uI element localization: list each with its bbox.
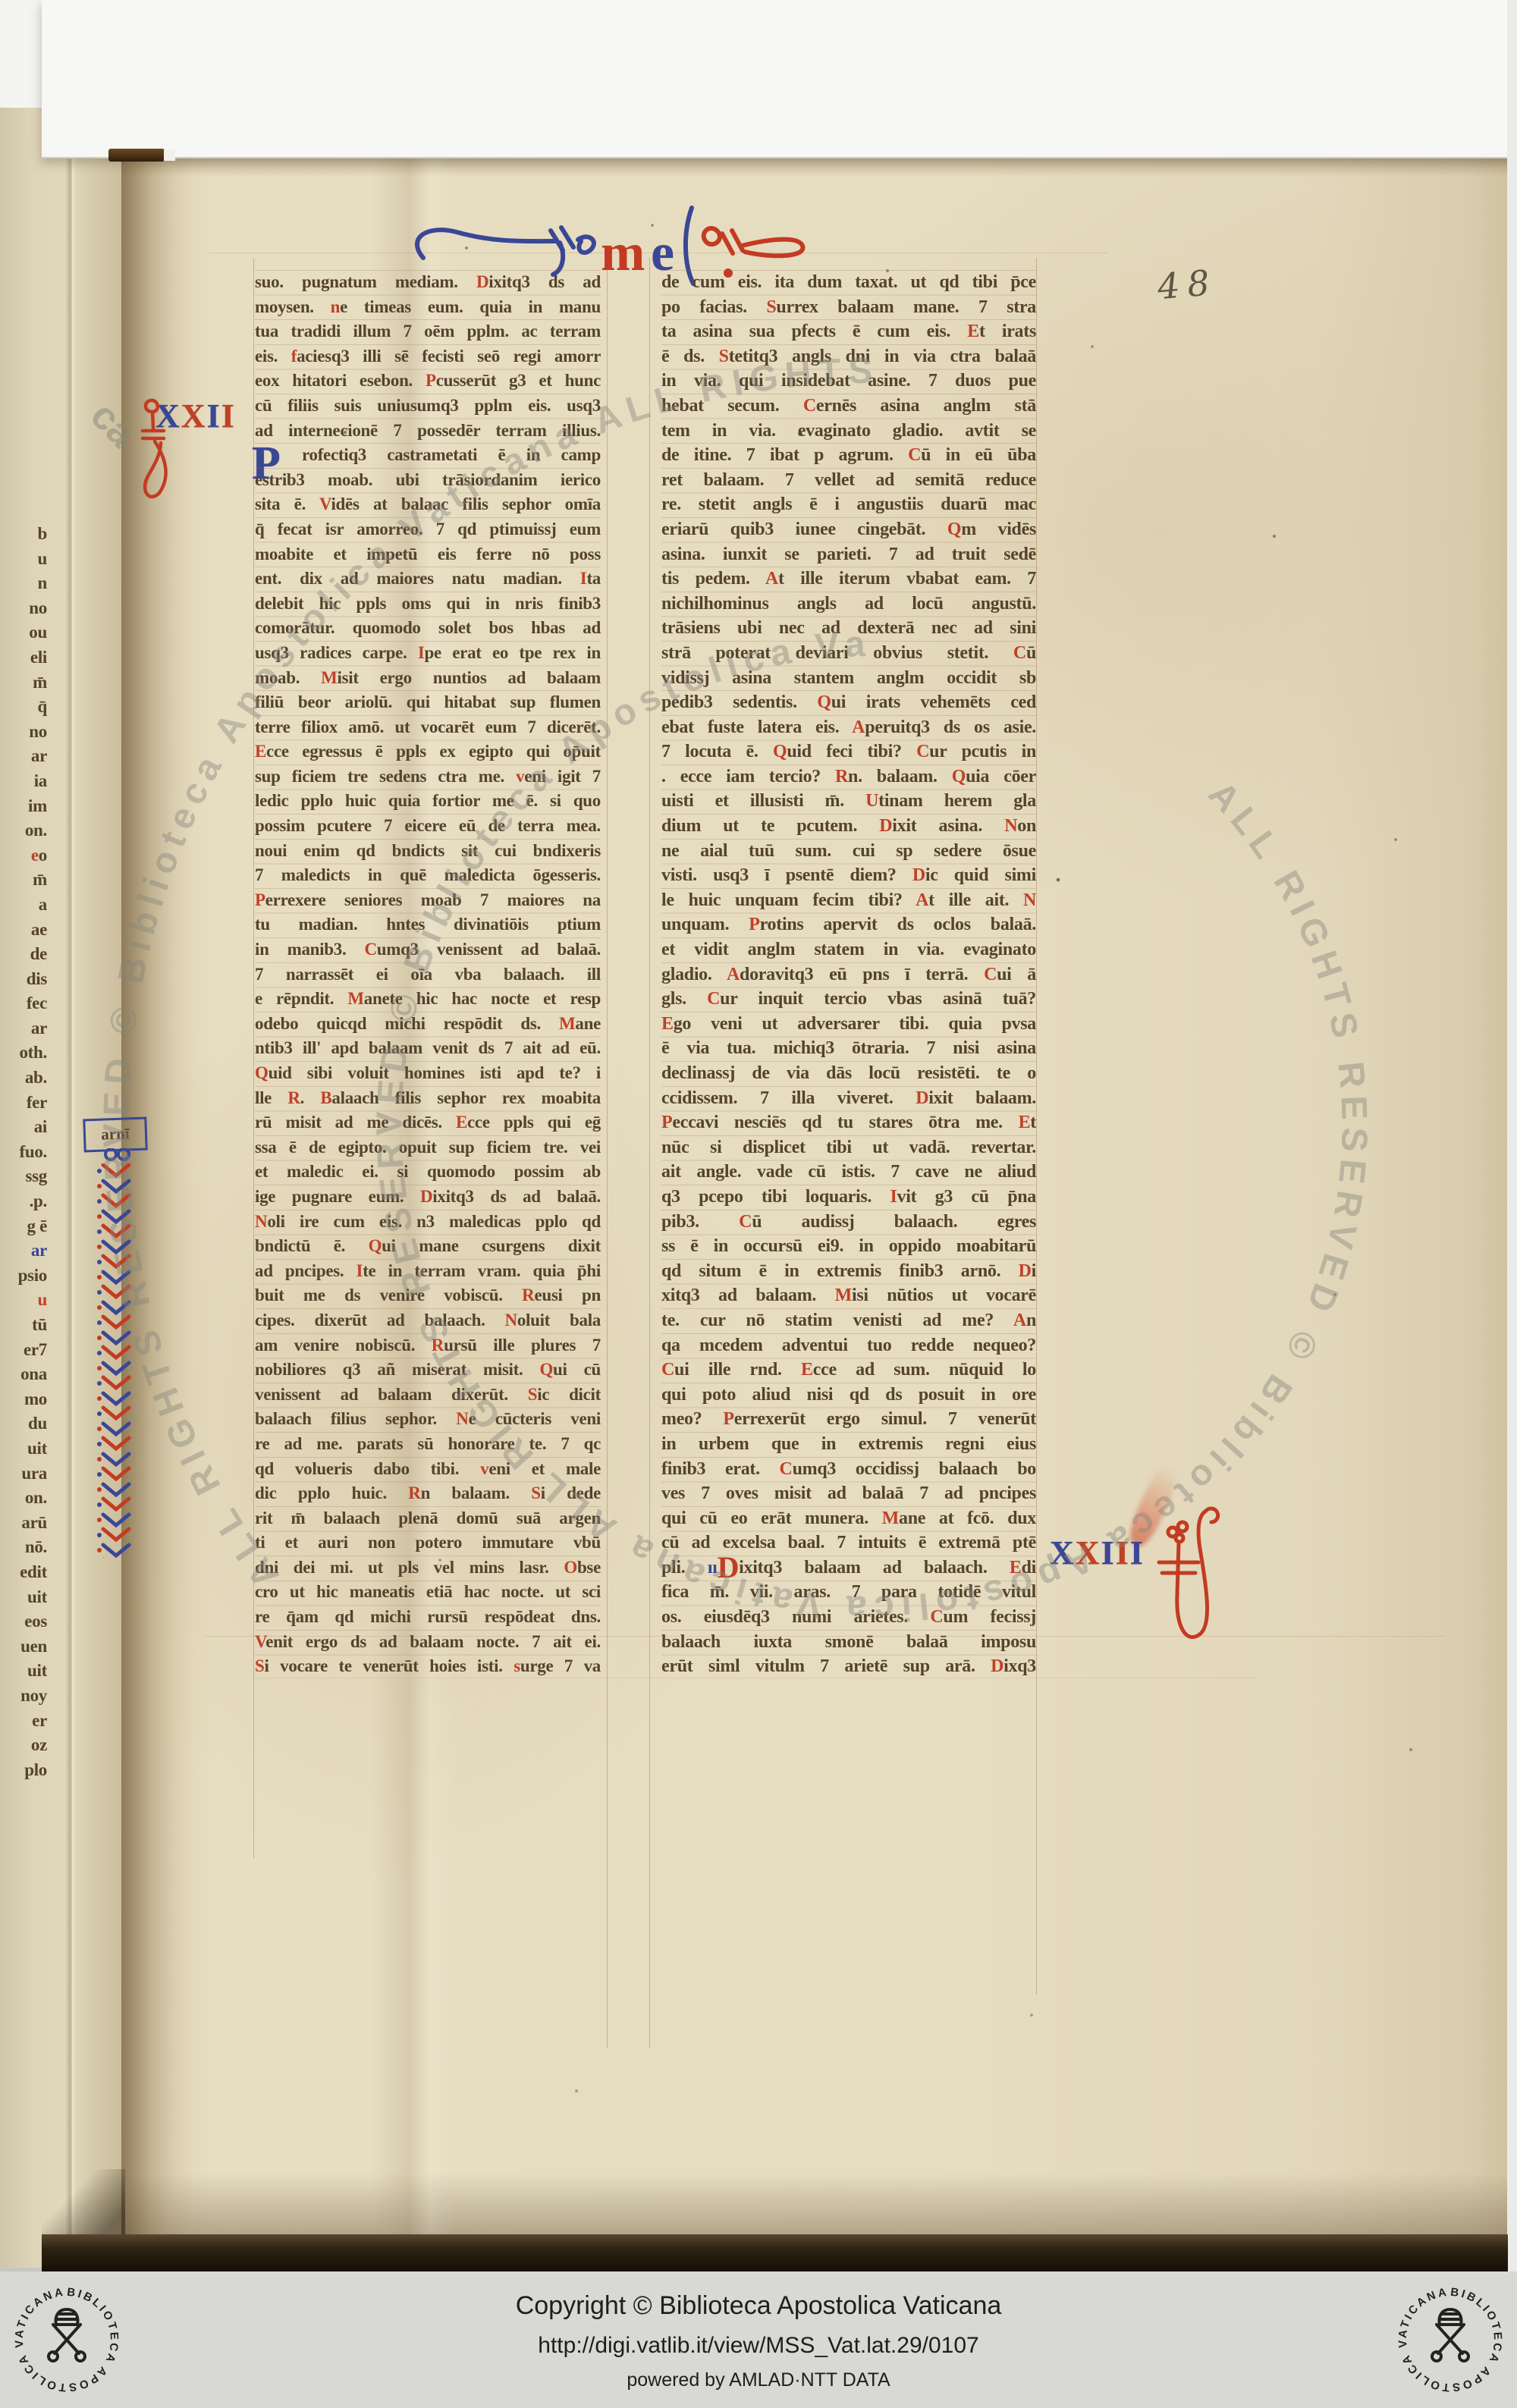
facing-page-fragment: ura: [0, 1461, 47, 1487]
facing-page-fragment: ona: [0, 1362, 47, 1387]
manuscript-line: ves 7 oves misit ad balaā 7 ad pncipes: [661, 1481, 1036, 1506]
manuscript-line: ne aial tuū sum. cui sp sedere ōsue: [661, 839, 1036, 864]
manuscript-line: Peccavi nesciēs qd tu stares ōtra me. Et: [661, 1110, 1036, 1135]
manuscript-line: ē via tua. michiq3 ōtraria. 7 nisi asina: [661, 1036, 1036, 1061]
manuscript-line: e rēpndit. Manete hic hac nocte et resp: [255, 987, 601, 1012]
facing-page-fragment: a: [0, 893, 47, 918]
manuscript-line: moysen. ne timeas eum. quia in manu: [255, 295, 601, 320]
manuscript-line: suo. pugnatum mediam. Dixitq3 ds ad: [255, 270, 601, 295]
manuscript-line: rofectiq3 castrametati ē in camp: [255, 443, 601, 468]
manuscript-line: Ecce egressus ē ppls ex egipto qui op̄ui…: [255, 739, 601, 764]
manuscript-line: moab. Misit ergo nuntios ad balaam: [255, 666, 601, 691]
manuscript-line: re. stetit angls ē i angustiis duarū mac: [661, 492, 1036, 517]
facing-page-fragment: er: [0, 1709, 47, 1734]
manuscript-line: estrib3 moab. ubi trāsiordanim ierico: [255, 468, 601, 493]
blue-flourish-icon: [417, 230, 555, 258]
manuscript-line: vidissj asina stantem anglm occidit sb: [661, 666, 1036, 691]
manuscript-line: in urbem que in extremis regni eius: [661, 1432, 1036, 1457]
facing-page-fragment: on.: [0, 1486, 47, 1511]
manuscript-line: odebo quicqd michi respōdit ds. Mane: [255, 1012, 601, 1037]
facing-page-fragment: oth.: [0, 1041, 47, 1066]
manuscript-line: ret balaam. 7 vellet ad semitā reduce: [661, 468, 1036, 493]
manuscript-line: os. eiusdēq3 numi arietes. Cum fecissj: [661, 1605, 1036, 1630]
manuscript-line: unquam. Protins apervit ds oclos balaā.: [661, 912, 1036, 937]
facing-page-fragment: du: [0, 1411, 47, 1436]
manuscript-line: ss ē in occursū ei9. in oppido moabitarū: [661, 1234, 1036, 1259]
manuscript-line: Venit ergo ds ad balaam nocte. 7 ait ei.: [255, 1630, 601, 1655]
vatican-library-logo: BIBLIOTECA APOSTOLICA VATICANA •: [11, 2284, 123, 2396]
manuscript-line: nichilhominus angls ad locū angustū.: [661, 592, 1036, 617]
manuscript-line: Quid sibi voluit homines isti apd te? i: [255, 1061, 601, 1086]
manuscript-line: ti et auri non potero immutare vbū: [255, 1531, 601, 1556]
manuscript-line: tis pedem. At ille iterum vbabat eam. 7: [661, 567, 1036, 592]
ruling-line-vertical: [253, 258, 254, 1858]
manuscript-line: xitq3 ad balaam. Misi nūtios ut vocarē: [661, 1283, 1036, 1308]
facing-page-fragment: de: [0, 942, 47, 967]
manuscript-line: tu madian. hntes divinatiōis ptium: [255, 912, 601, 937]
facing-page-fragment: no: [0, 596, 47, 621]
manuscript-line: po facias. Surrex balaam mane. 7 stra: [661, 295, 1036, 320]
page-fold-shadow: [65, 106, 76, 2268]
facing-page-fragment: ar: [0, 1016, 47, 1041]
manuscript-line: noui enim qd bndicts sit cui bndixeris: [255, 839, 601, 864]
manuscript-line: ige pugnare eum. Dixitq3 ds ad balaā.: [255, 1185, 601, 1210]
facing-page-fragment: ar: [0, 1239, 47, 1264]
manuscript-line: qd situm ē in extremis finib3 arnō. Di: [661, 1259, 1036, 1284]
manuscript-line: possim pcutere 7 eicere eū de terra mea.: [255, 814, 601, 839]
manuscript-line: ccidissem. 7 illa viveret. Dixit balaam.: [661, 1086, 1036, 1111]
manuscript-line: ntib3 ill' apd balaam venit ds 7 ait ad …: [255, 1036, 601, 1061]
manuscript-line: meo? Perrexerūt ergo simul. 7 venerūt: [661, 1407, 1036, 1432]
facing-page-fragment: edit: [0, 1560, 47, 1585]
facing-page-fragment: g ē: [0, 1214, 47, 1239]
manuscript-line: erūt siml vitulm 7 arietē sup arā. Dixq3: [661, 1654, 1036, 1679]
facing-page-fragment: uit: [0, 1659, 47, 1684]
ruling-line-vertical: [607, 258, 608, 2048]
manuscript-line: de itine. 7 ibat p agrum. Cū in eū ūba: [661, 443, 1036, 468]
footer-url: http://digi.vatlib.it/view/MSS_Vat.lat.2…: [0, 2321, 1517, 2359]
facing-page-fragment: er7: [0, 1338, 47, 1363]
manuscript-line: hebat secum. Cernēs asina anglm stā: [661, 394, 1036, 419]
header-letter-m: m: [601, 224, 645, 282]
binding-tab: [164, 150, 175, 161]
manuscript-line: tem in via. evaginato gladio. avtit se: [661, 419, 1036, 444]
facing-page-fragment: m̄: [0, 868, 47, 893]
manuscript-line: re q̄am qd michi rursū respōdeat dns.: [255, 1605, 601, 1630]
manuscript-line: ē ds. Stetitq3 angls dni in via ctra bal…: [661, 344, 1036, 369]
binding-clasp: [108, 149, 165, 162]
footer-copyright: Copyright © Biblioteca Apostolica Vatica…: [0, 2271, 1517, 2321]
facing-page-fragment: uen: [0, 1634, 47, 1659]
manuscript-line: moabite et impetū eis ferre nō poss: [255, 542, 601, 567]
manuscript-line: lle R. Balaach filis sephor rex moabita: [255, 1086, 601, 1111]
marginal-chevron-tail-icon: [96, 1148, 140, 1558]
facing-page-fragment: ia: [0, 769, 47, 794]
manuscript-line: 7 narrassēt ei oīa vba balaach. ill: [255, 962, 601, 987]
manuscript-line: te. cur nō statim venisti ad me? An: [661, 1308, 1036, 1333]
facing-page-fragment: q̄: [0, 695, 47, 720]
manuscript-line: . ecce iam tercio? Rn. balaam. Quia cōer: [661, 764, 1036, 790]
manuscript-line: q3 pcepo tibi loquaris. Ivit g3 cū p̄na: [661, 1185, 1036, 1210]
manuscript-line: rit m̄ balaach plenā domū suā argen: [255, 1506, 601, 1531]
facing-page-fragment: ar: [0, 744, 47, 769]
manuscript-line: rū misit ad me dicēs. Ecce ppls qui eḡ: [255, 1110, 601, 1135]
manuscript-line: declinassj de via dās locū resistēti. te…: [661, 1061, 1036, 1086]
manuscript-line: et maledic ei. si quomodo possim ab: [255, 1160, 601, 1185]
facing-page-fragment: on.: [0, 818, 47, 843]
manuscript-line: cū filiis suis uniusumq3 pplm eis. usq3: [255, 394, 601, 419]
book-bottom-edge: [42, 2234, 1508, 2271]
facing-page-fragment: ab.: [0, 1066, 47, 1091]
manuscript-line: cipes. dixerūt ad balaach. Noluit bala: [255, 1308, 601, 1333]
manuscript-line: ssa ē de egipto. opuit sup ficiem tre. v…: [255, 1135, 601, 1160]
ruling-line-vertical: [1036, 258, 1037, 1995]
manuscript-line: terre filiox amō. ut vocarēt eum 7 dicer…: [255, 715, 601, 740]
manuscript-line: eis. faciesq3 illi sē fecisti seō regi a…: [255, 344, 601, 369]
facing-page-fragment: b: [0, 522, 47, 547]
facing-page-fragment: u: [0, 1288, 47, 1313]
manuscript-line: nūc si displicet tibi ut vadā. revertar.: [661, 1135, 1036, 1160]
facing-page-fragment: arū: [0, 1511, 47, 1536]
facing-page-fragment: im: [0, 794, 47, 819]
manuscript-line: ebat fuste latera eis. Aperuitq3 ds os a…: [661, 715, 1036, 740]
manuscript-line: de cum eis. ita dum taxat. ut qd tibi p̄…: [661, 270, 1036, 295]
facing-page-fragment: ssg: [0, 1164, 47, 1189]
manuscript-line: sita ē. Vidēs at balaac filis sephor omī…: [255, 492, 601, 517]
facing-page-fragment: plo: [0, 1758, 47, 1783]
manuscript-line: 7 maledicts in quē maledicta ōgesseris.: [255, 863, 601, 888]
manuscript-line: Si vocare te venerūt hoies isti. surge 7…: [255, 1654, 601, 1679]
manuscript-line: usq3 radices carpe. Ipe erat eo tpe rex …: [255, 641, 601, 666]
manuscript-line: pib3. Cū audissj balaach. egres: [661, 1210, 1036, 1235]
facing-page-text-sliver: bunnoouelim̄q̄noariaimon.eom̄aaededisfec…: [0, 522, 47, 1857]
manuscript-line: tua tradidi illum 7 oēm pplm. ac terram: [255, 319, 601, 344]
manuscript-line: comorātur. quomodo solet bos hbas ad: [255, 616, 601, 641]
column-lines: de cum eis. ita dum taxat. ut qd tibi p̄…: [661, 270, 1036, 1679]
manuscript-line: delebit hic ppls oms qui in nris finib3: [255, 592, 601, 617]
manuscript-line: ad pncipes. Ite in terram vram. quia p̄h…: [255, 1259, 601, 1284]
manuscript-line: pedib3 sedentis. Qui irats vehemēts ced: [661, 690, 1036, 715]
facing-page-fragment: nō.: [0, 1535, 47, 1560]
facing-page-fragment: .p.: [0, 1189, 47, 1214]
white-guard-sheet: [42, 0, 1517, 159]
facing-page-fragment: eos: [0, 1609, 47, 1634]
manuscript-line: cro ut hic maneatis etiā hac nocte. ut s…: [255, 1580, 601, 1605]
manuscript-line: ledic pplo huic quia fortior me ē. si qu…: [255, 789, 601, 814]
manuscript-line: ent. dix ad maiores natu madian. Ita: [255, 567, 601, 592]
column-lines: suo. pugnatum mediam. Dixitq3 ds admoyse…: [255, 270, 601, 1679]
facing-page-fragment: uit: [0, 1585, 47, 1610]
manuscript-line: ait angle. vade cū istis. 7 cave ne aliu…: [661, 1160, 1036, 1185]
facing-page-fragment: fec: [0, 991, 47, 1016]
manuscript-line: nobiliores q3 añ miserat misit. Qui cū: [255, 1358, 601, 1383]
manuscript-line: am venire nobiscū. Rursū ille plures 7: [255, 1333, 601, 1358]
folio-number: 48: [1156, 262, 1219, 308]
manuscript-line: trāsiens ubi nec ad dexterā nec ad sini: [661, 616, 1036, 641]
manuscript-line: filiū beor ariolū. qui hitabat sup flume…: [255, 690, 601, 715]
manuscript-line: Perrexere seniores moab 7 maiores na: [255, 888, 601, 913]
facing-page-fragment: n: [0, 571, 47, 596]
manuscript-line: gladio. Adoravitq3 eū pns ī terrā. Cui ā: [661, 962, 1036, 987]
manuscript-line: buit me ds venire vobiscū. Reusi pn: [255, 1283, 601, 1308]
facing-page-fragment: fer: [0, 1091, 47, 1116]
footer-powered-by: powered by AMLAD·NTT DATA: [0, 2359, 1517, 2391]
manuscript-line: ad internecionē 7 possedēr terram illius…: [255, 419, 601, 444]
ruling-line-vertical: [649, 258, 650, 2048]
manuscript-line: fica m̄. vii. aras. 7 para totidē vitul: [661, 1580, 1036, 1605]
facing-page-fragment: eo: [0, 843, 47, 868]
chapter-xxii-flourish-icon: [138, 388, 191, 510]
marginal-cartouche: arnī: [83, 1117, 147, 1153]
facing-page-fragment: u: [0, 547, 47, 572]
facing-page-fragment: m̄: [0, 670, 47, 695]
facing-page-fragment: eli: [0, 645, 47, 670]
manuscript-line: eriarū quib3 iunee cingebāt. Qm vidēs: [661, 517, 1036, 542]
facing-page-fragment: ou: [0, 620, 47, 645]
manuscript-line: qui cū eo erāt munera. Mane at fcō. dux: [661, 1506, 1036, 1531]
red-flourish-icon: [704, 228, 720, 244]
chapter-marker-xxiii: XXIII: [1050, 1534, 1145, 1572]
manuscript-line: q̄ fecat isr amorreo. 7 qd ptimuissj eum: [255, 517, 601, 542]
facing-page-fragment: no: [0, 720, 47, 745]
manuscript-line: asina. iunxit se parieti. 7 ad truit sed…: [661, 542, 1036, 567]
manuscript-line: qa mcedem adventui tuo redde nequeo?: [661, 1333, 1036, 1358]
manuscript-line: in via. qui insidebat asine. 7 duos pue: [661, 369, 1036, 394]
manuscript-line: dni dei mi. ut pls vel mins lasr. Obse: [255, 1556, 601, 1581]
manuscript-line: balaach filius sephor. Ne cūcteris veni: [255, 1407, 601, 1432]
manuscript-line: ta asina sua pfects ē cum eis. Et irats: [661, 319, 1036, 344]
facing-page-fragment: mo: [0, 1387, 47, 1412]
manuscript-line: dic pplo huic. Rn balaam. Si dede: [255, 1481, 601, 1506]
facing-page-fragment: oz: [0, 1733, 47, 1758]
chapter-xxiii-flourish-icon: [1151, 1502, 1221, 1667]
manuscript-line: Cui ille rnd. Ecce ad sum. nūquid lo: [661, 1358, 1036, 1383]
manuscript-line: le huic unquam fecim tibi? At ille ait. …: [661, 888, 1036, 913]
manuscript-line: finib3 erat. Cumq3 occidissj balaach bo: [661, 1457, 1036, 1482]
manuscript-line: balaach iuxta smonē balaā imposu: [661, 1630, 1036, 1655]
digitized-manuscript-scan: bunnoouelim̄q̄noariaimon.eom̄aaededisfec…: [0, 0, 1517, 2408]
manuscript-line: bndictū ē. Qui mane csurgens dixit: [255, 1234, 601, 1259]
manuscript-line: pli. ııDixitq3 balaam ad balaach. Edi: [661, 1556, 1036, 1581]
manuscript-line: qd volueris dabo tibi. veni et male: [255, 1457, 601, 1482]
text-column-left: suo. pugnatum mediam. Dixitq3 ds admoyse…: [255, 270, 601, 1679]
text-column-right: de cum eis. ita dum taxat. ut qd tibi p̄…: [661, 270, 1036, 1679]
manuscript-line: sup ficiem tre sedens ctra me. veni igit…: [255, 764, 601, 790]
facing-page-fragment: uit: [0, 1436, 47, 1461]
facing-page-fragment: dis: [0, 967, 47, 992]
manuscript-line: Ego veni ut adversarer tibi. quia pvsa: [661, 1012, 1036, 1037]
digitization-footer: BIBLIOTECA APOSTOLICA VATICANA • BIBLIOT…: [0, 2271, 1517, 2408]
manuscript-line: uisti et illusisti m̄. Utinam herem gla: [661, 789, 1036, 814]
manuscript-line: qui poto aliud nisi qd ds posuit in ore: [661, 1383, 1036, 1408]
scan-right-edge: [1507, 0, 1517, 2271]
manuscript-line: in manib3. Cumq3 venissent ad balaā.: [255, 937, 601, 962]
manuscript-line: venissent ad balaam dixerūt. Sic dicit: [255, 1383, 601, 1408]
book-cover-corner-shadow: [42, 2169, 125, 2241]
manuscript-line: 7 locuta ē. Quid feci tibi? Cur pcutis i…: [661, 739, 1036, 764]
manuscript-line: eox hitatori esebon. Pcusserūt g3 et hun…: [255, 369, 601, 394]
manuscript-line: et vidit anglm statem in via. evaginato: [661, 937, 1036, 962]
manuscript-line: strā poterat deviari obvius stetit. Cū: [661, 641, 1036, 666]
facing-page-fragment: noy: [0, 1684, 47, 1709]
manuscript-line: gls. Cur inquit tercio vbas asinā tuā?: [661, 987, 1036, 1012]
facing-page-fragment: fuo.: [0, 1140, 47, 1165]
manuscript-line: re ad me. parats sū honorare te. 7 qc: [255, 1432, 601, 1457]
manuscript-line: dium ut te pcutem. Dixit asina. Non: [661, 814, 1036, 839]
manuscript-line: visti. usq3 ī psentē diem? Dic quid simi: [661, 863, 1036, 888]
manuscript-line: Noli ire cum eis. n3 maledicas pplo qd: [255, 1210, 601, 1235]
facing-page-fragment: ae: [0, 918, 47, 943]
facing-page-fragment: psio: [0, 1264, 47, 1289]
facing-page-fragment: ai: [0, 1115, 47, 1140]
vatican-library-logo: BIBLIOTECA APOSTOLICA VATICANA •: [1394, 2284, 1506, 2396]
facing-page-fragment: tū: [0, 1313, 47, 1338]
